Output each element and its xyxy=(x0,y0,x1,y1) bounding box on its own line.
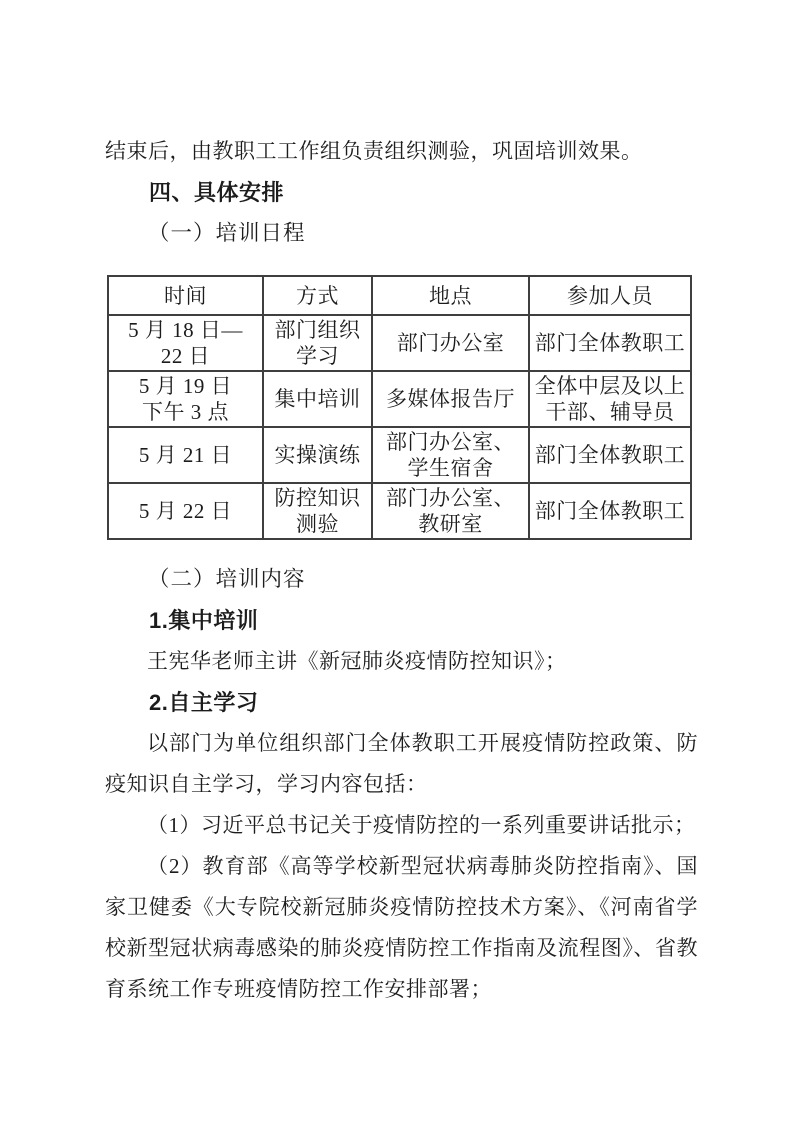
cell-method: 防控知识 测验 xyxy=(263,483,372,539)
cell-method: 实操演练 xyxy=(263,427,372,483)
document-page: 结束后，由教职工工作组负责组织测验，巩固培训效果。 四、具体安排 （一）培训日程… xyxy=(0,0,793,1122)
cell-time: 5 月 19 日 下午 3 点 xyxy=(108,371,263,427)
cell-participants: 部门全体教职工 xyxy=(529,315,691,371)
intro-paragraph: 结束后，由教职工工作组负责组织测验，巩固培训效果。 xyxy=(105,131,698,172)
subsection-2-heading: （二）培训内容 xyxy=(105,559,698,600)
cell-participants: 全体中层及以上 干部、辅导员 xyxy=(529,371,691,427)
item-2-point-2: （2）教育部《高等学校新型冠状病毒肺炎防控指南》、国家卫健委《大专院校新冠肺炎疫… xyxy=(105,846,698,1010)
item-2-intro: 以部门为单位组织部门全体教职工开展疫情防控政策、防疫知识自主学习，学习内容包括： xyxy=(105,723,698,805)
cell-participants: 部门全体教职工 xyxy=(529,427,691,483)
cell-location: 部门办公室 xyxy=(372,315,529,371)
col-header-time: 时间 xyxy=(108,276,263,315)
cell-participants: 部门全体教职工 xyxy=(529,483,691,539)
cell-time: 5 月 18 日— 22 日 xyxy=(108,315,263,371)
item-1-heading: 1.集中培训 xyxy=(105,600,698,641)
cell-time: 5 月 22 日 xyxy=(108,483,263,539)
table-row: 5 月 22 日 防控知识 测验 部门办公室、 教研室 部门全体教职工 xyxy=(108,483,691,539)
table-row: 5 月 18 日— 22 日 部门组织 学习 部门办公室 部门全体教职工 xyxy=(108,315,691,371)
cell-method: 部门组织 学习 xyxy=(263,315,372,371)
col-header-location: 地点 xyxy=(372,276,529,315)
table-row: 5 月 21 日 实操演练 部门办公室、 学生宿舍 部门全体教职工 xyxy=(108,427,691,483)
col-header-method: 方式 xyxy=(263,276,372,315)
col-header-participants: 参加人员 xyxy=(529,276,691,315)
cell-location: 部门办公室、 学生宿舍 xyxy=(372,427,529,483)
cell-time: 5 月 21 日 xyxy=(108,427,263,483)
item-2-point-1: （1）习近平总书记关于疫情防控的一系列重要讲话批示； xyxy=(105,805,698,846)
table-row: 5 月 19 日 下午 3 点 集中培训 多媒体报告厅 全体中层及以上 干部、辅… xyxy=(108,371,691,427)
item-1-body: 王宪华老师主讲《新冠肺炎疫情防控知识》； xyxy=(105,641,698,682)
table-header-row: 时间 方式 地点 参加人员 xyxy=(108,276,691,315)
section-4-heading: 四、具体安排 xyxy=(105,172,698,213)
item-2-heading: 2.自主学习 xyxy=(105,682,698,723)
document-content: 结束后，由教职工工作组负责组织测验，巩固培训效果。 四、具体安排 （一）培训日程… xyxy=(105,131,698,1010)
training-schedule-table: 时间 方式 地点 参加人员 5 月 18 日— 22 日 部门组织 学习 部门办… xyxy=(107,275,692,540)
cell-location: 部门办公室、 教研室 xyxy=(372,483,529,539)
cell-method: 集中培训 xyxy=(263,371,372,427)
cell-location: 多媒体报告厅 xyxy=(372,371,529,427)
subsection-1-heading: （一）培训日程 xyxy=(105,213,698,254)
